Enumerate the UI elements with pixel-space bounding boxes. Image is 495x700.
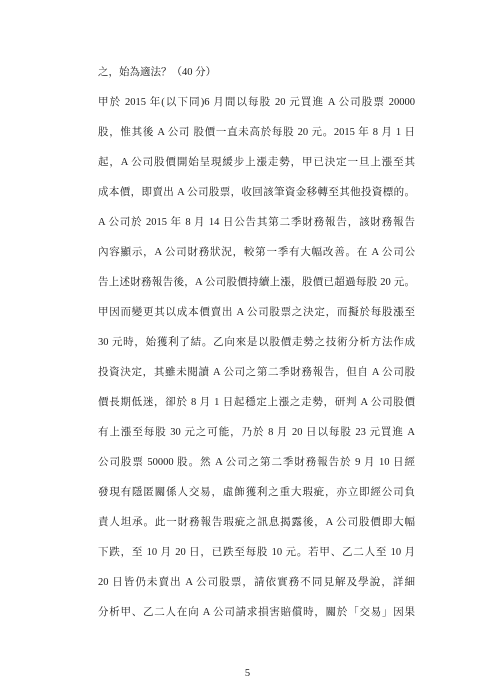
text-line-question4-tail: 之，始為適法？（40 分） [98,58,415,88]
text-line: 甲於 2015 年(以下同)6 月間以每股 20 元買進 A 公司股票 2000… [98,97,415,108]
text-line: 內容顯示，A 公司財務狀況，較第一季有大幅改善。在 A 公司公 [98,238,415,268]
text-block: 之，始為適法？（40 分） 五、甲於 2015 年(以下同)6 月間以每股 20… [98,58,415,628]
text-line: 責人坦承。此一財務報告瑕疵之訊息揭露後，A 公司股價即大幅 [98,508,415,538]
text-line: 告上述財務報告後，A 公司股價持續上漲，股價已超過每股 20 元。 [98,268,415,298]
text-line: 甲因而變更其以成本價賣出 A 公司股票之決定，而擬於每股漲至 [98,298,415,328]
text-line: 投資決定，其雖未閱讀 A 公司之第二季財務報告，但自 A 公司股 [98,358,415,388]
text-line: 公司股票 50000 股。然 A 公司之第二季財務報告於 9 月 10 日經 [98,448,415,478]
text-line: 發現有隱匿關係人交易，虛飾獲利之重大瑕疵，亦立即經公司負 [98,478,415,508]
text-line: 20 日皆仍未賣出 A 公司股票，請依實務不同見解及學說，詳細 [98,568,415,598]
document-page: 之，始為適法？（40 分） 五、甲於 2015 年(以下同)6 月間以每股 20… [0,0,495,700]
text-line: 有上漲至每股 30 元之可能，乃於 8 月 20 日以每股 23 元買進 A [98,418,415,448]
text-line: 起，A 公司股價開始呈現緩步上漲走勢，甲已決定一旦上漲至其 [98,148,415,178]
text-line: 股，惟其後 A 公司 股價一直未高於每股 20 元。2015 年 8 月 1 日 [98,118,415,148]
text-line: 成本價，即賣出 A 公司股票，收回該筆資金移轉至其他投資標的。 [98,178,415,208]
text-line: 價長期低迷，卻於 8 月 1 日起穩定上漲之走勢，研判 A 公司股價 [98,388,415,418]
text-line: 30 元時，始獲利了結。乙向來是以股價走勢之技術分析方法作成 [98,328,415,358]
page-number: 5 [0,664,495,684]
text-line: 分析甲、乙二人在向 A 公司請求損害賠償時，關於「交易」因果 [98,598,415,628]
text-line-question5-first: 五、甲於 2015 年(以下同)6 月間以每股 20 元買進 A 公司股票 20… [98,88,415,118]
text-line: 下跌，至 10 月 20 日，已跌至每股 10 元。若甲、乙二人至 10 月 [98,538,415,568]
text-line: A 公司於 2015 年 8 月 14 日公告其第二季財務報告，該財務報告 [98,208,415,238]
